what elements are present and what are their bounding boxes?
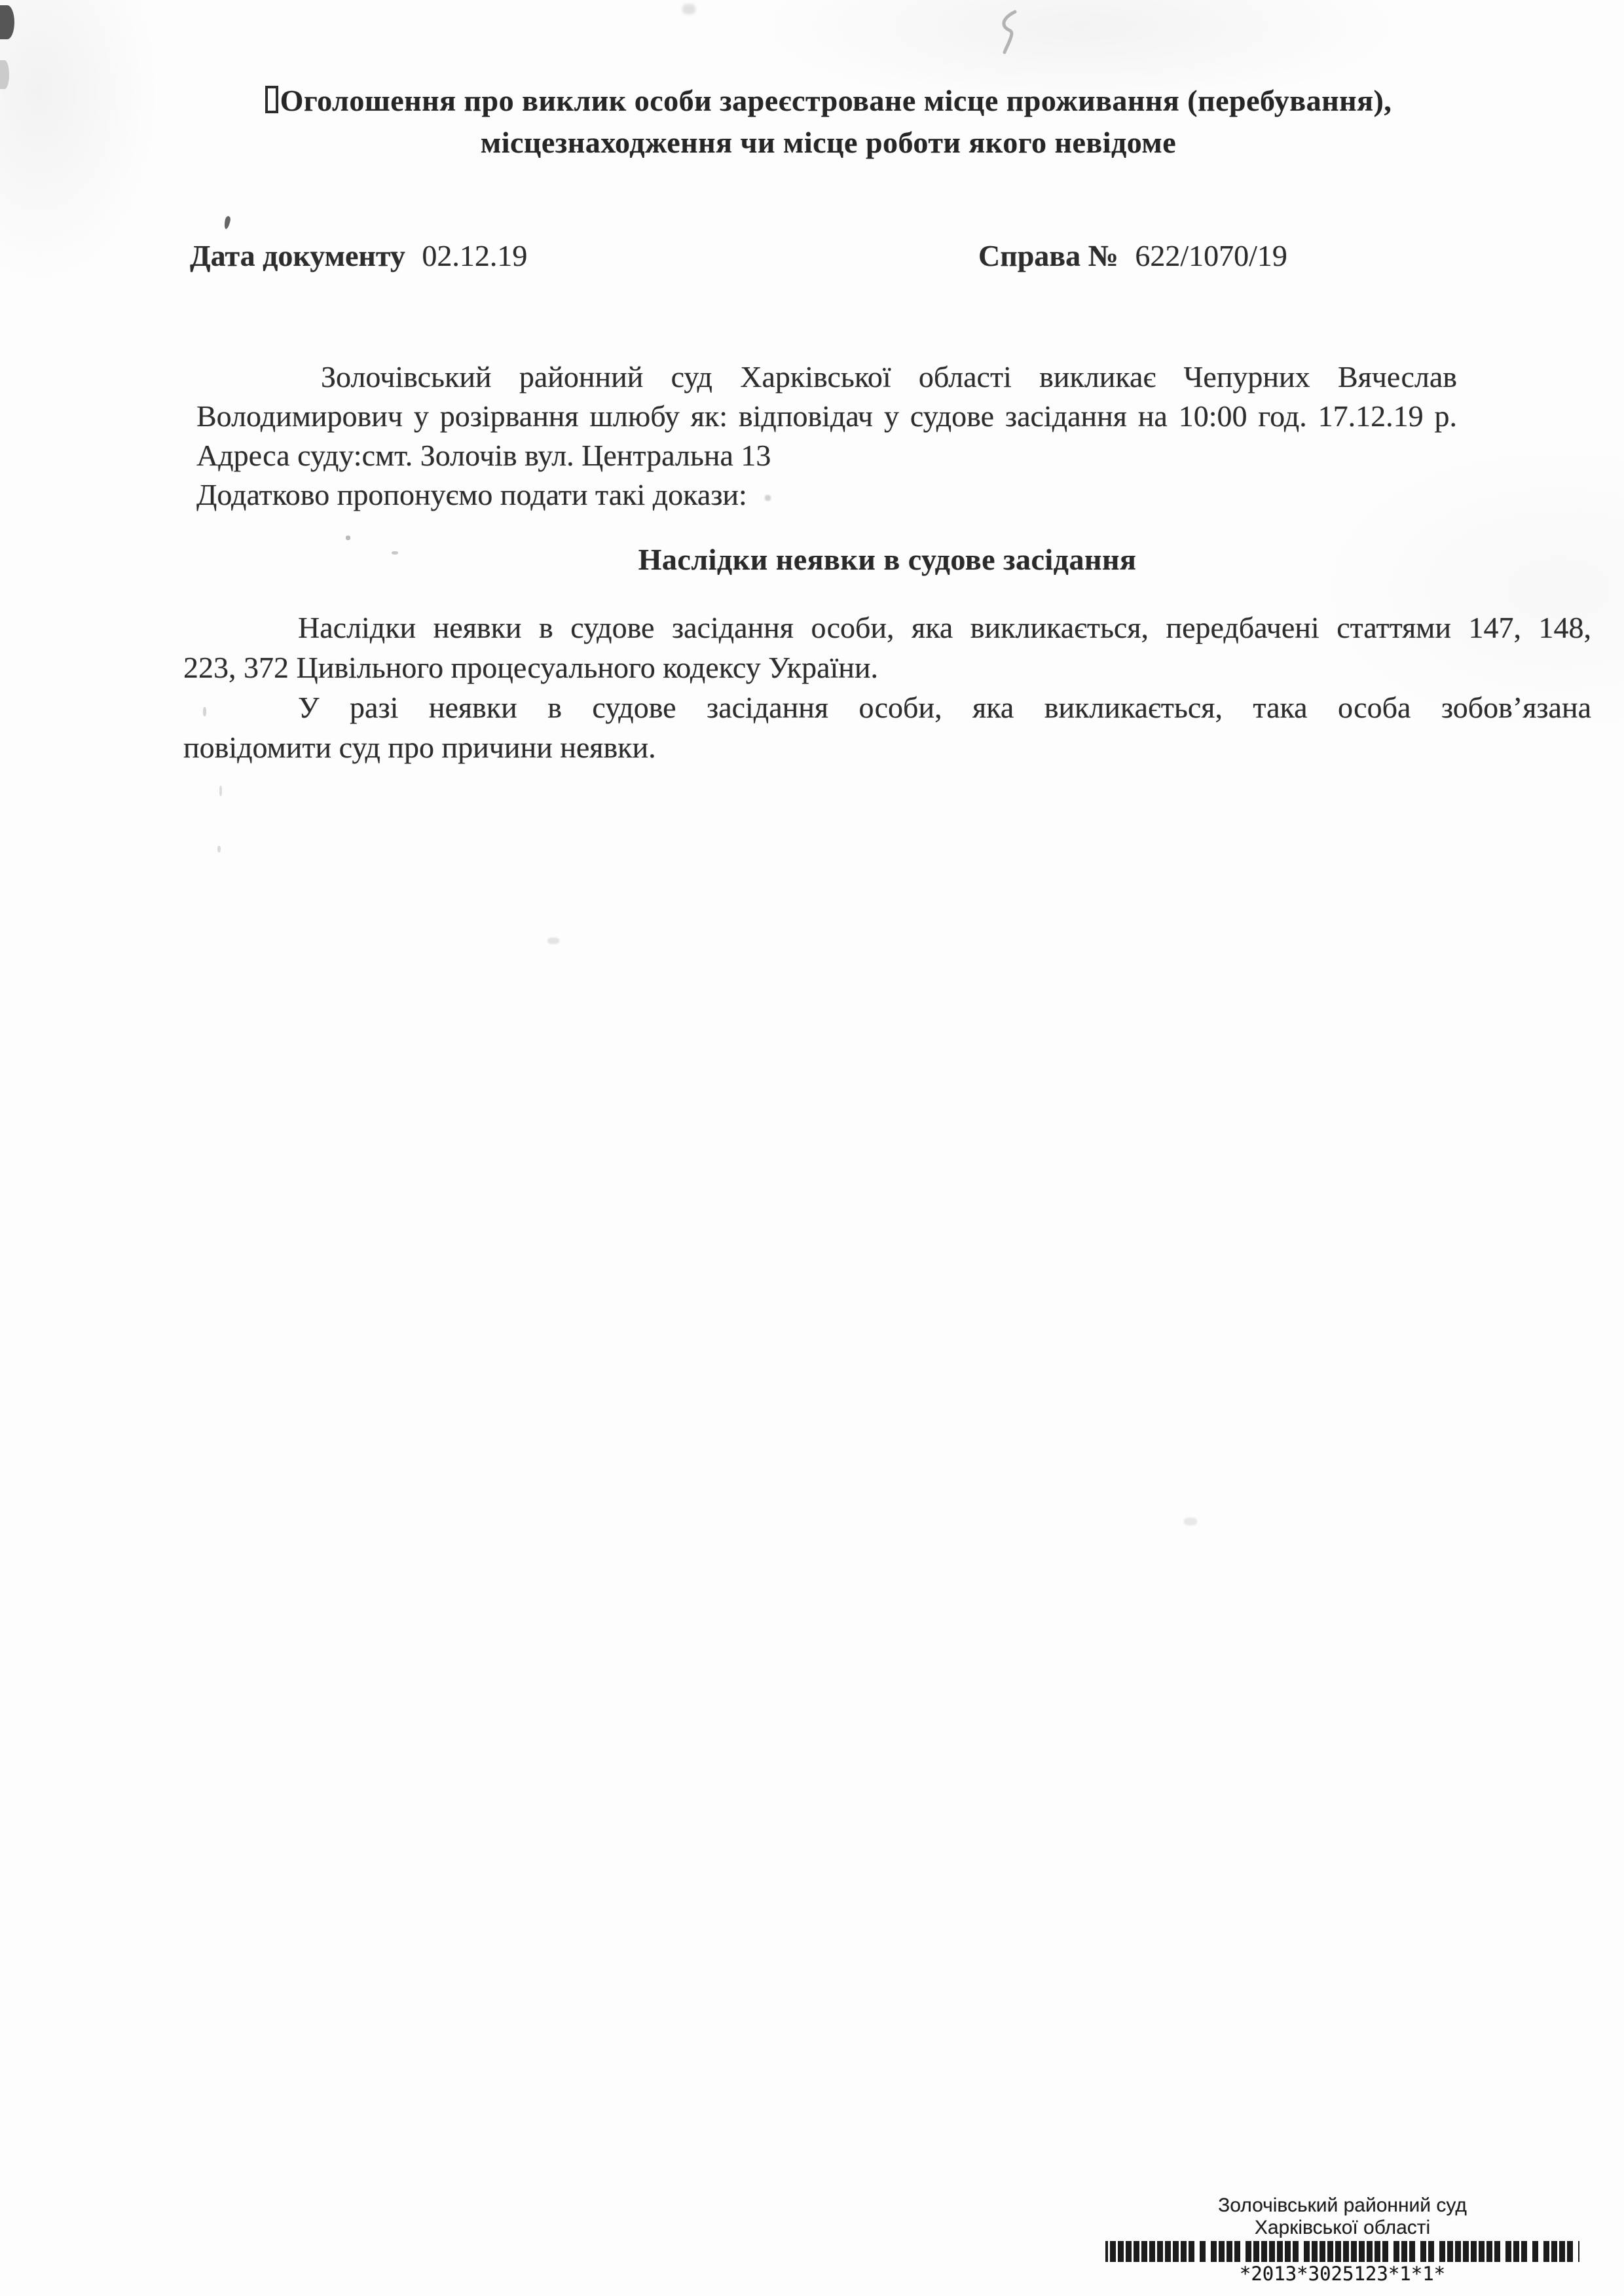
document-date: Дата документу 02.12.19	[190, 238, 527, 273]
barcode-bar	[1382, 2241, 1388, 2262]
barcode-bar	[1359, 2241, 1365, 2262]
footer-court-name-line-1: Золочівський районний суд	[1061, 2195, 1624, 2217]
scan-squiggle-mark	[995, 9, 1022, 55]
barcode-bar	[1200, 2241, 1206, 2262]
barcode-bar	[1246, 2241, 1251, 2262]
barcode-text: *2013*3025123*1*1*	[1061, 2263, 1624, 2285]
barcode-bar	[1319, 2241, 1325, 2262]
barcode-bar	[1439, 2241, 1445, 2262]
consequences-line-2: 223, 372 Цивільного процесуального кодек…	[183, 647, 1591, 687]
barcode-bar	[1428, 2241, 1434, 2262]
barcode-bar	[1551, 2241, 1557, 2262]
barcode-bar	[1269, 2241, 1275, 2262]
summons-line-2: Володимирович у розірвання шлюбу як: від…	[196, 397, 1457, 436]
barcode-bar	[1157, 2241, 1163, 2262]
barcode-bar	[1505, 2241, 1511, 2262]
barcode-bar	[1293, 2241, 1299, 2262]
consequences-line-4: повідомити суд про причини неявки.	[183, 727, 1591, 767]
scan-speck	[223, 215, 231, 229]
barcode-bar	[1375, 2241, 1380, 2262]
barcode-bar	[1367, 2241, 1373, 2262]
consequences-line-3: У разі неявки в судове засідання особи, …	[183, 687, 1591, 727]
scan-speck	[219, 786, 222, 796]
scan-smudge	[1184, 1518, 1197, 1525]
barcode	[1105, 2241, 1579, 2262]
scan-smudge	[682, 4, 695, 14]
barcode-bar	[1219, 2241, 1225, 2262]
barcode-bar	[1312, 2241, 1318, 2262]
date-value: 02.12.19	[422, 239, 527, 272]
court-address-line: Адреса суду:смт. Золочів вул. Центральна…	[196, 436, 1457, 475]
barcode-bar	[1261, 2241, 1267, 2262]
barcode-bar	[1513, 2241, 1519, 2262]
scan-smudge	[547, 938, 559, 944]
barcode-bar	[1285, 2241, 1291, 2262]
barcode-bar	[1532, 2241, 1538, 2262]
title-line-2: місцезнаходження чи місце роботи якого н…	[33, 122, 1624, 164]
barcode-gap	[1299, 2241, 1304, 2262]
barcode-gap	[1434, 2241, 1439, 2262]
barcode-bar	[1463, 2241, 1469, 2262]
barcode-bar	[1351, 2241, 1357, 2262]
barcode-bar	[1277, 2241, 1283, 2262]
barcode-bar	[1165, 2241, 1171, 2262]
date-label: Дата документу	[190, 239, 405, 272]
footer-court-block: Золочівський районний суд Харківської об…	[1061, 2195, 1624, 2285]
barcode-gap	[1538, 2241, 1543, 2262]
title-line-1: Оголошення про виклик особи зареєстрован…	[280, 84, 1392, 117]
barcode-bar	[1118, 2241, 1124, 2262]
barcode-bar	[1543, 2241, 1549, 2262]
scan-artifact-top-left	[0, 5, 14, 39]
barcode-bar	[1401, 2241, 1407, 2262]
barcode-gap	[1194, 2241, 1200, 2262]
scan-artifact-top-left-2	[0, 60, 9, 89]
barcode-bar	[1126, 2241, 1132, 2262]
barcode-gap	[1500, 2241, 1505, 2262]
barcode-bar	[1447, 2241, 1453, 2262]
barcode-bar	[1343, 2241, 1349, 2262]
barcode-gap	[1573, 2241, 1578, 2262]
barcode-bar	[1578, 2241, 1579, 2262]
barcode-bar	[1494, 2241, 1500, 2262]
barcode-bar	[1134, 2241, 1139, 2262]
scan-speck	[217, 846, 221, 852]
case-label: Справа №	[978, 239, 1118, 272]
barcode-bar	[1327, 2241, 1333, 2262]
barcode-bar	[1253, 2241, 1259, 2262]
barcode-gap	[1206, 2241, 1211, 2262]
summons-line-1: Золочівський районний суд Харківської об…	[196, 357, 1457, 397]
barcode-bar	[1173, 2241, 1179, 2262]
barcode-bar	[1227, 2241, 1232, 2262]
barcode-bar	[1455, 2241, 1461, 2262]
consequences-line-1: Наслідки неявки в судове засідання особи…	[183, 608, 1591, 647]
barcode-bar	[1393, 2241, 1399, 2262]
footer-court-name-line-2: Харківської області	[1061, 2217, 1624, 2239]
barcode-bar	[1149, 2241, 1155, 2262]
evidence-request-line: Додатково пропонуємо подати такі докази:	[196, 475, 1457, 515]
summons-paragraph: Золочівський районний суд Харківської об…	[196, 357, 1457, 515]
document-title: Оголошення про виклик особи зареєстрован…	[33, 80, 1624, 164]
case-number: Справа № 622/1070/19	[978, 238, 1287, 273]
barcode-bar	[1304, 2241, 1310, 2262]
scan-speck	[346, 536, 350, 540]
barcode-bar	[1110, 2241, 1116, 2262]
barcode-bar	[1471, 2241, 1477, 2262]
barcode-bar	[1567, 2241, 1573, 2262]
consequences-paragraph: Наслідки неявки в судове засідання особи…	[183, 608, 1591, 767]
barcode-bar	[1559, 2241, 1565, 2262]
barcode-gap	[1415, 2241, 1420, 2262]
barcode-bar	[1479, 2241, 1485, 2262]
barcode-bar	[1521, 2241, 1527, 2262]
barcode-bar	[1335, 2241, 1341, 2262]
barcode-bar	[1189, 2241, 1194, 2262]
barcode-gap	[1527, 2241, 1532, 2262]
barcode-bar	[1234, 2241, 1240, 2262]
barcode-bar	[1141, 2241, 1147, 2262]
section-heading: Наслідки неявки в судове засідання	[183, 542, 1591, 577]
barcode-bar	[1181, 2241, 1187, 2262]
barcode-bar	[1486, 2241, 1492, 2262]
scanned-document-page: Оголошення про виклик особи зареєстрован…	[0, 0, 1624, 2296]
unknown-character-box-glyph	[265, 86, 278, 113]
barcode-gap	[1388, 2241, 1393, 2262]
case-value: 622/1070/19	[1135, 239, 1287, 272]
title-line-1-wrap: Оголошення про виклик особи зареєстрован…	[33, 80, 1624, 122]
barcode-bar	[1420, 2241, 1426, 2262]
barcode-bar	[1211, 2241, 1217, 2262]
barcode-bar	[1409, 2241, 1415, 2262]
barcode-gap	[1240, 2241, 1246, 2262]
